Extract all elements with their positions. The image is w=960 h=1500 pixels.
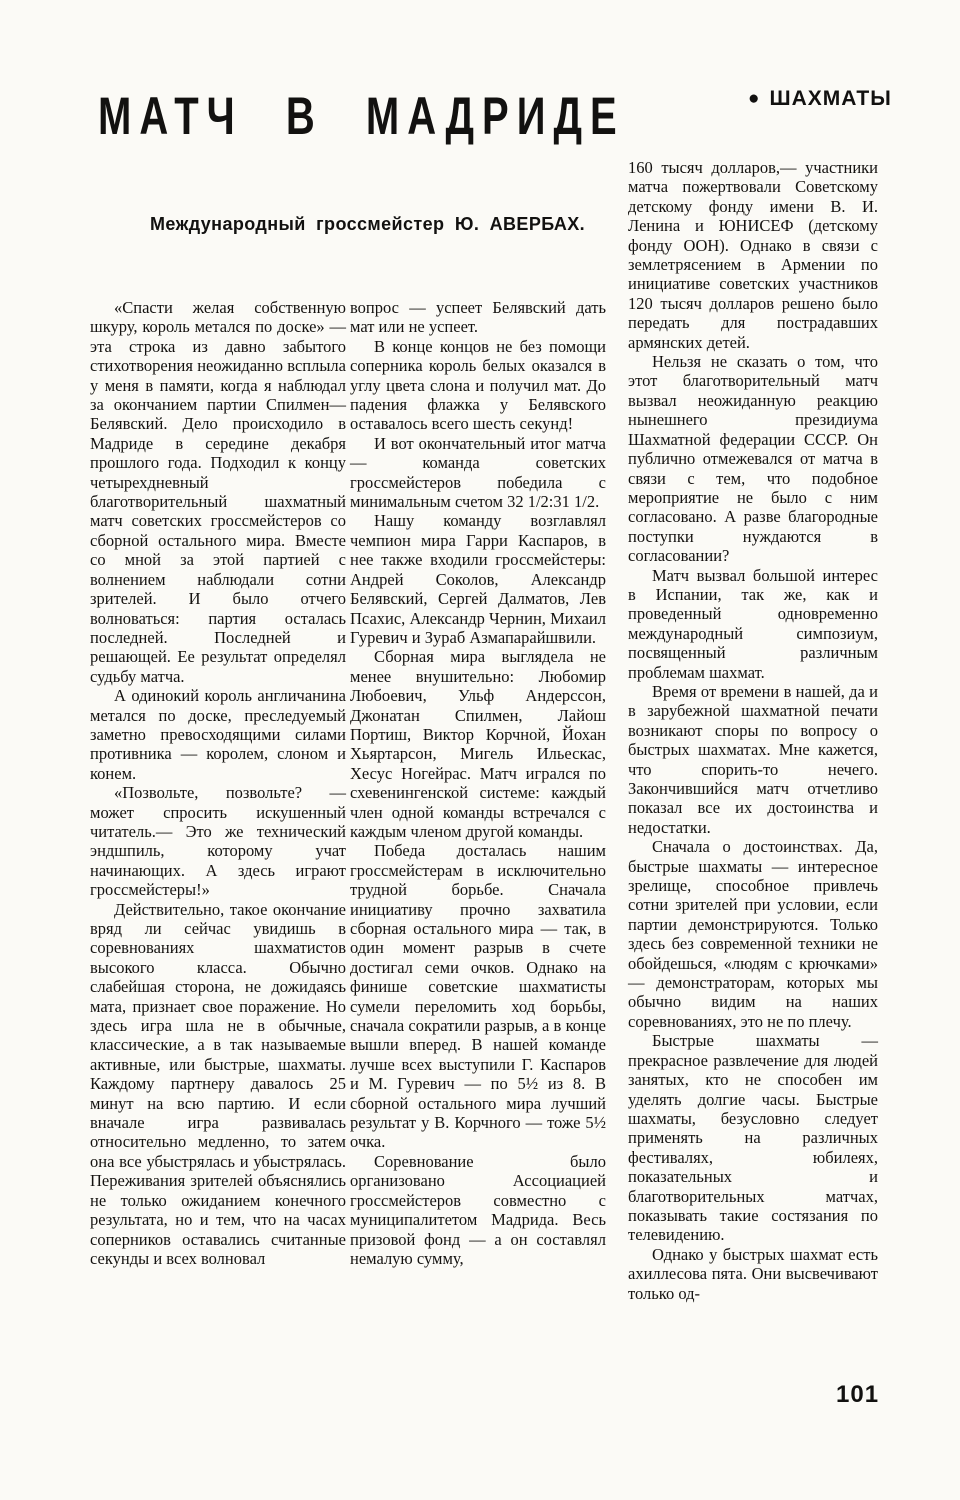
paragraph: Победа досталась нашим гроссмейстерам в … xyxy=(350,841,606,1152)
paragraph: Матч вызвал большой интерес в Испании, т… xyxy=(628,566,878,682)
paragraph: Нельзя не сказать о том, что этот благот… xyxy=(628,352,878,565)
byline: Международный гроссмейстер Ю. АВЕРБАХ. xyxy=(150,214,585,235)
section-label-group: ●ШАХМАТЫ xyxy=(748,87,892,111)
paragraph: Сначала о достоинствах. Да, быстрые шахм… xyxy=(628,837,878,1031)
text-column-2: вопрос — успеет Белявский дать мат или н… xyxy=(350,298,606,1268)
bullet-icon: ● xyxy=(748,88,760,109)
paragraph: Сборная мира выглядела не менее внушител… xyxy=(350,647,606,841)
page-number: 101 xyxy=(836,1381,879,1409)
paragraph: вопрос — успеет Белявский дать мат или н… xyxy=(350,298,606,337)
paragraph: Нашу команду возглавлял чемпион мира Гар… xyxy=(350,511,606,647)
section-label: ШАХМАТЫ xyxy=(769,87,891,110)
paragraph: «Позвольте, позвольте? — может спросить … xyxy=(90,783,346,899)
magazine-page: МАТЧ В МАДРИДЕ ●ШАХМАТЫ Международный гр… xyxy=(0,0,960,1500)
paragraph: Быстрые шахматы — прекрасное развлечение… xyxy=(628,1031,878,1244)
paragraph: И вот окончательный итог матча — команда… xyxy=(350,434,606,512)
text-column-3: 160 тысяч долларов,— участники матча пож… xyxy=(628,158,878,1303)
paragraph: А одинокий король англичанина метался по… xyxy=(90,686,346,783)
article-title: МАТЧ В МАДРИДЕ xyxy=(98,88,625,147)
paragraph: Действительно, такое окончание вряд ли с… xyxy=(90,900,346,1269)
paragraph: Время от времени в нашей, да и в зарубеж… xyxy=(628,682,878,837)
paragraph: Однако у быстрых шахмат есть ахиллесова … xyxy=(628,1245,878,1303)
text-column-1: «Спасти желая собственную шкуру, король … xyxy=(90,298,346,1268)
paragraph: В конце концов не без помощи соперника к… xyxy=(350,337,606,434)
paragraph: «Спасти желая собственную шкуру, король … xyxy=(90,298,346,686)
paragraph: Соревнование было организовано Ассоциаци… xyxy=(350,1152,606,1268)
paragraph: 160 тысяч долларов,— участники матча пож… xyxy=(628,158,878,352)
